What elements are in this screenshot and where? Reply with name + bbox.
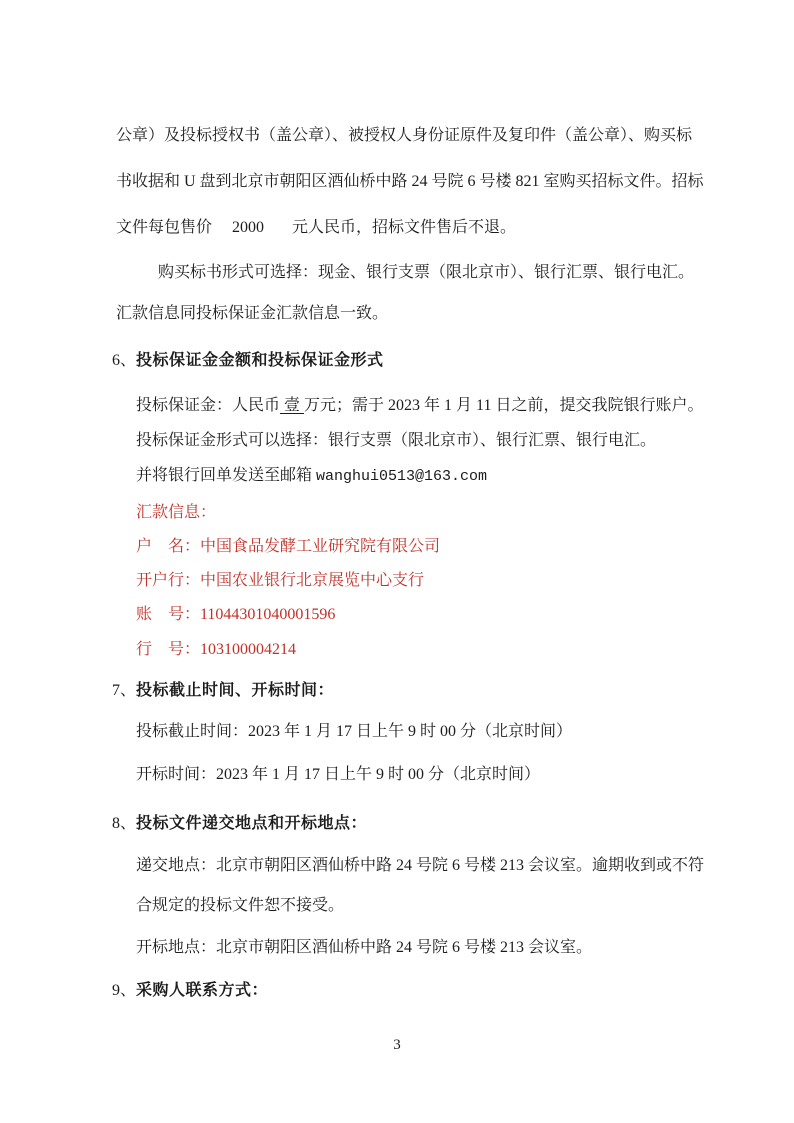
account-number-label: 账 号： — [136, 606, 200, 623]
paragraph-purchase-line-3: 文件每包售价 2000 元人民币，招标文件售后不退。 — [116, 217, 516, 239]
account-number-value: 11044301040001596 — [200, 606, 335, 623]
section-7-heading: 7、投标截止时间、开标时间： — [112, 680, 334, 702]
account-name-value: 中国食品发酵工业研究院有限公司 — [200, 538, 440, 555]
section-8-title: 投标文件递交地点和开标地点： — [136, 815, 367, 832]
section-9-number: 9、 — [112, 982, 136, 999]
email-address: wanghui0513@163.com — [316, 468, 487, 485]
section-8-heading: 8、投标文件递交地点和开标地点： — [112, 813, 367, 835]
remittance-title: 汇款信息： — [136, 502, 216, 524]
bid-deadline-line: 投标截止时间：2023 年 1 月 17 日上午 9 时 00 分（北京时间） — [136, 721, 572, 743]
deposit-prefix: 投标保证金：人民币 — [136, 397, 280, 414]
remittance-bank: 开户行：中国农业银行北京展览中心支行 — [136, 570, 424, 592]
paragraph-payment-form-line-2: 汇款信息同投标保证金汇款信息一致。 — [116, 303, 388, 325]
paragraph-purchase-line-2: 书收据和 U 盘到北京市朝阳区酒仙桥中路 24 号院 6 号楼 821 室购买招… — [116, 171, 704, 193]
section-7-title: 投标截止时间、开标时间： — [136, 682, 334, 699]
section-8-number: 8、 — [112, 815, 136, 832]
deposit-suffix: 万元；需于 2023 年 1 月 11 日之前，提交我院银行账户。 — [304, 397, 703, 414]
bank-number-value: 103100004214 — [200, 641, 296, 658]
bid-opening-time-line: 开标时间：2023 年 1 月 17 日上午 9 时 00 分（北京时间） — [136, 764, 540, 786]
account-name-label: 户 名： — [136, 538, 200, 555]
delivery-place-line-2: 合规定的投标文件恕不接受。 — [136, 895, 344, 917]
paragraph-payment-form-line-1: 购买标书形式可选择：现金、银行支票（限北京市）、银行汇票、银行电汇。 — [158, 262, 694, 284]
deposit-form-line: 投标保证金形式可以选择：银行支票（限北京市）、银行汇票、银行电汇。 — [136, 430, 656, 452]
bank-value: 中国农业银行北京展览中心支行 — [200, 572, 424, 589]
section-9-heading: 9、采购人联系方式： — [112, 980, 268, 1002]
section-6-number: 6、 — [112, 352, 136, 369]
opening-place-line: 开标地点：北京市朝阳区酒仙桥中路 24 号院 6 号楼 213 会议室。 — [136, 937, 592, 959]
section-6-heading: 6、投标保证金金额和投标保证金形式 — [112, 350, 384, 372]
deposit-amount-underlined: 壹 — [280, 397, 304, 414]
email-label: 并将银行回单发送至邮箱 — [136, 467, 316, 484]
delivery-place-line-1: 递交地点：北京市朝阳区酒仙桥中路 24 号院 6 号楼 213 会议室。逾期收到… — [136, 855, 704, 877]
section-6-title: 投标保证金金额和投标保证金形式 — [136, 352, 384, 369]
page-number: 3 — [0, 1037, 794, 1054]
remittance-account-number: 账 号：11044301040001596 — [136, 604, 335, 626]
remittance-account-name: 户 名：中国食品发酵工业研究院有限公司 — [136, 536, 440, 558]
section-7-number: 7、 — [112, 682, 136, 699]
paragraph-purchase-line-1: 公章）及投标授权书（盖公章）、被授权人身份证原件及复印件（盖公章）、购买标 — [116, 125, 692, 147]
email-line: 并将银行回单发送至邮箱 wanghui0513@163.com — [136, 465, 487, 488]
section-9-title: 采购人联系方式： — [136, 982, 268, 999]
deposit-amount-line: 投标保证金：人民币 壹 万元；需于 2023 年 1 月 11 日之前，提交我院… — [136, 395, 703, 417]
bank-label: 开户行： — [136, 572, 200, 589]
bank-number-label: 行 号： — [136, 641, 200, 658]
document-page: 公章）及投标授权书（盖公章）、被授权人身份证原件及复印件（盖公章）、购买标 书收… — [0, 0, 794, 1123]
remittance-bank-number: 行 号：103100004214 — [136, 639, 296, 661]
